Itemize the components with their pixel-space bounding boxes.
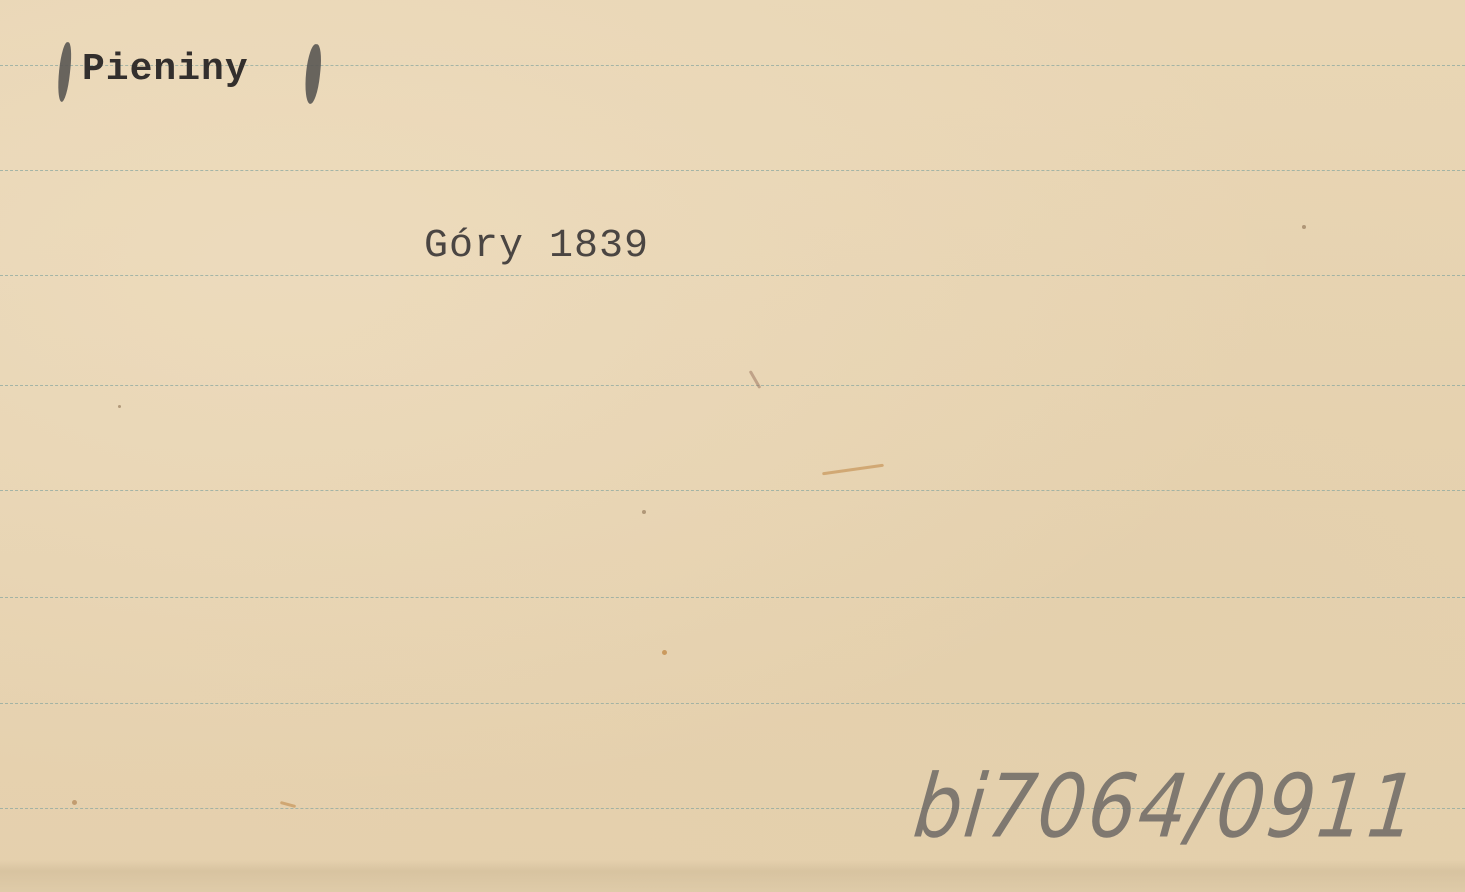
- paper-speck: [642, 510, 646, 514]
- ruled-line: [0, 703, 1465, 704]
- ruled-line: [0, 275, 1465, 276]
- paper-fiber: [749, 370, 762, 389]
- index-card: Pieniny Góry 1839 bi7064/0911: [0, 0, 1465, 892]
- ruled-line: [0, 170, 1465, 171]
- card-bottom-edge-shadow: [0, 860, 1465, 892]
- card-subtitle: Góry 1839: [424, 224, 649, 269]
- paper-speck: [72, 800, 77, 805]
- ruled-line: [0, 385, 1465, 386]
- ruled-line: [0, 490, 1465, 491]
- marker-bracket-right: [303, 43, 323, 104]
- paper-speck: [118, 405, 121, 408]
- paper-speck: [662, 650, 667, 655]
- paper-fiber: [280, 801, 296, 808]
- card-heading: Pieniny: [82, 48, 249, 91]
- pencil-signature: bi7064/0911: [909, 755, 1424, 857]
- ruled-line: [0, 597, 1465, 598]
- paper-fiber: [822, 464, 884, 476]
- marker-bracket-left: [56, 42, 73, 103]
- paper-speck: [1302, 225, 1306, 229]
